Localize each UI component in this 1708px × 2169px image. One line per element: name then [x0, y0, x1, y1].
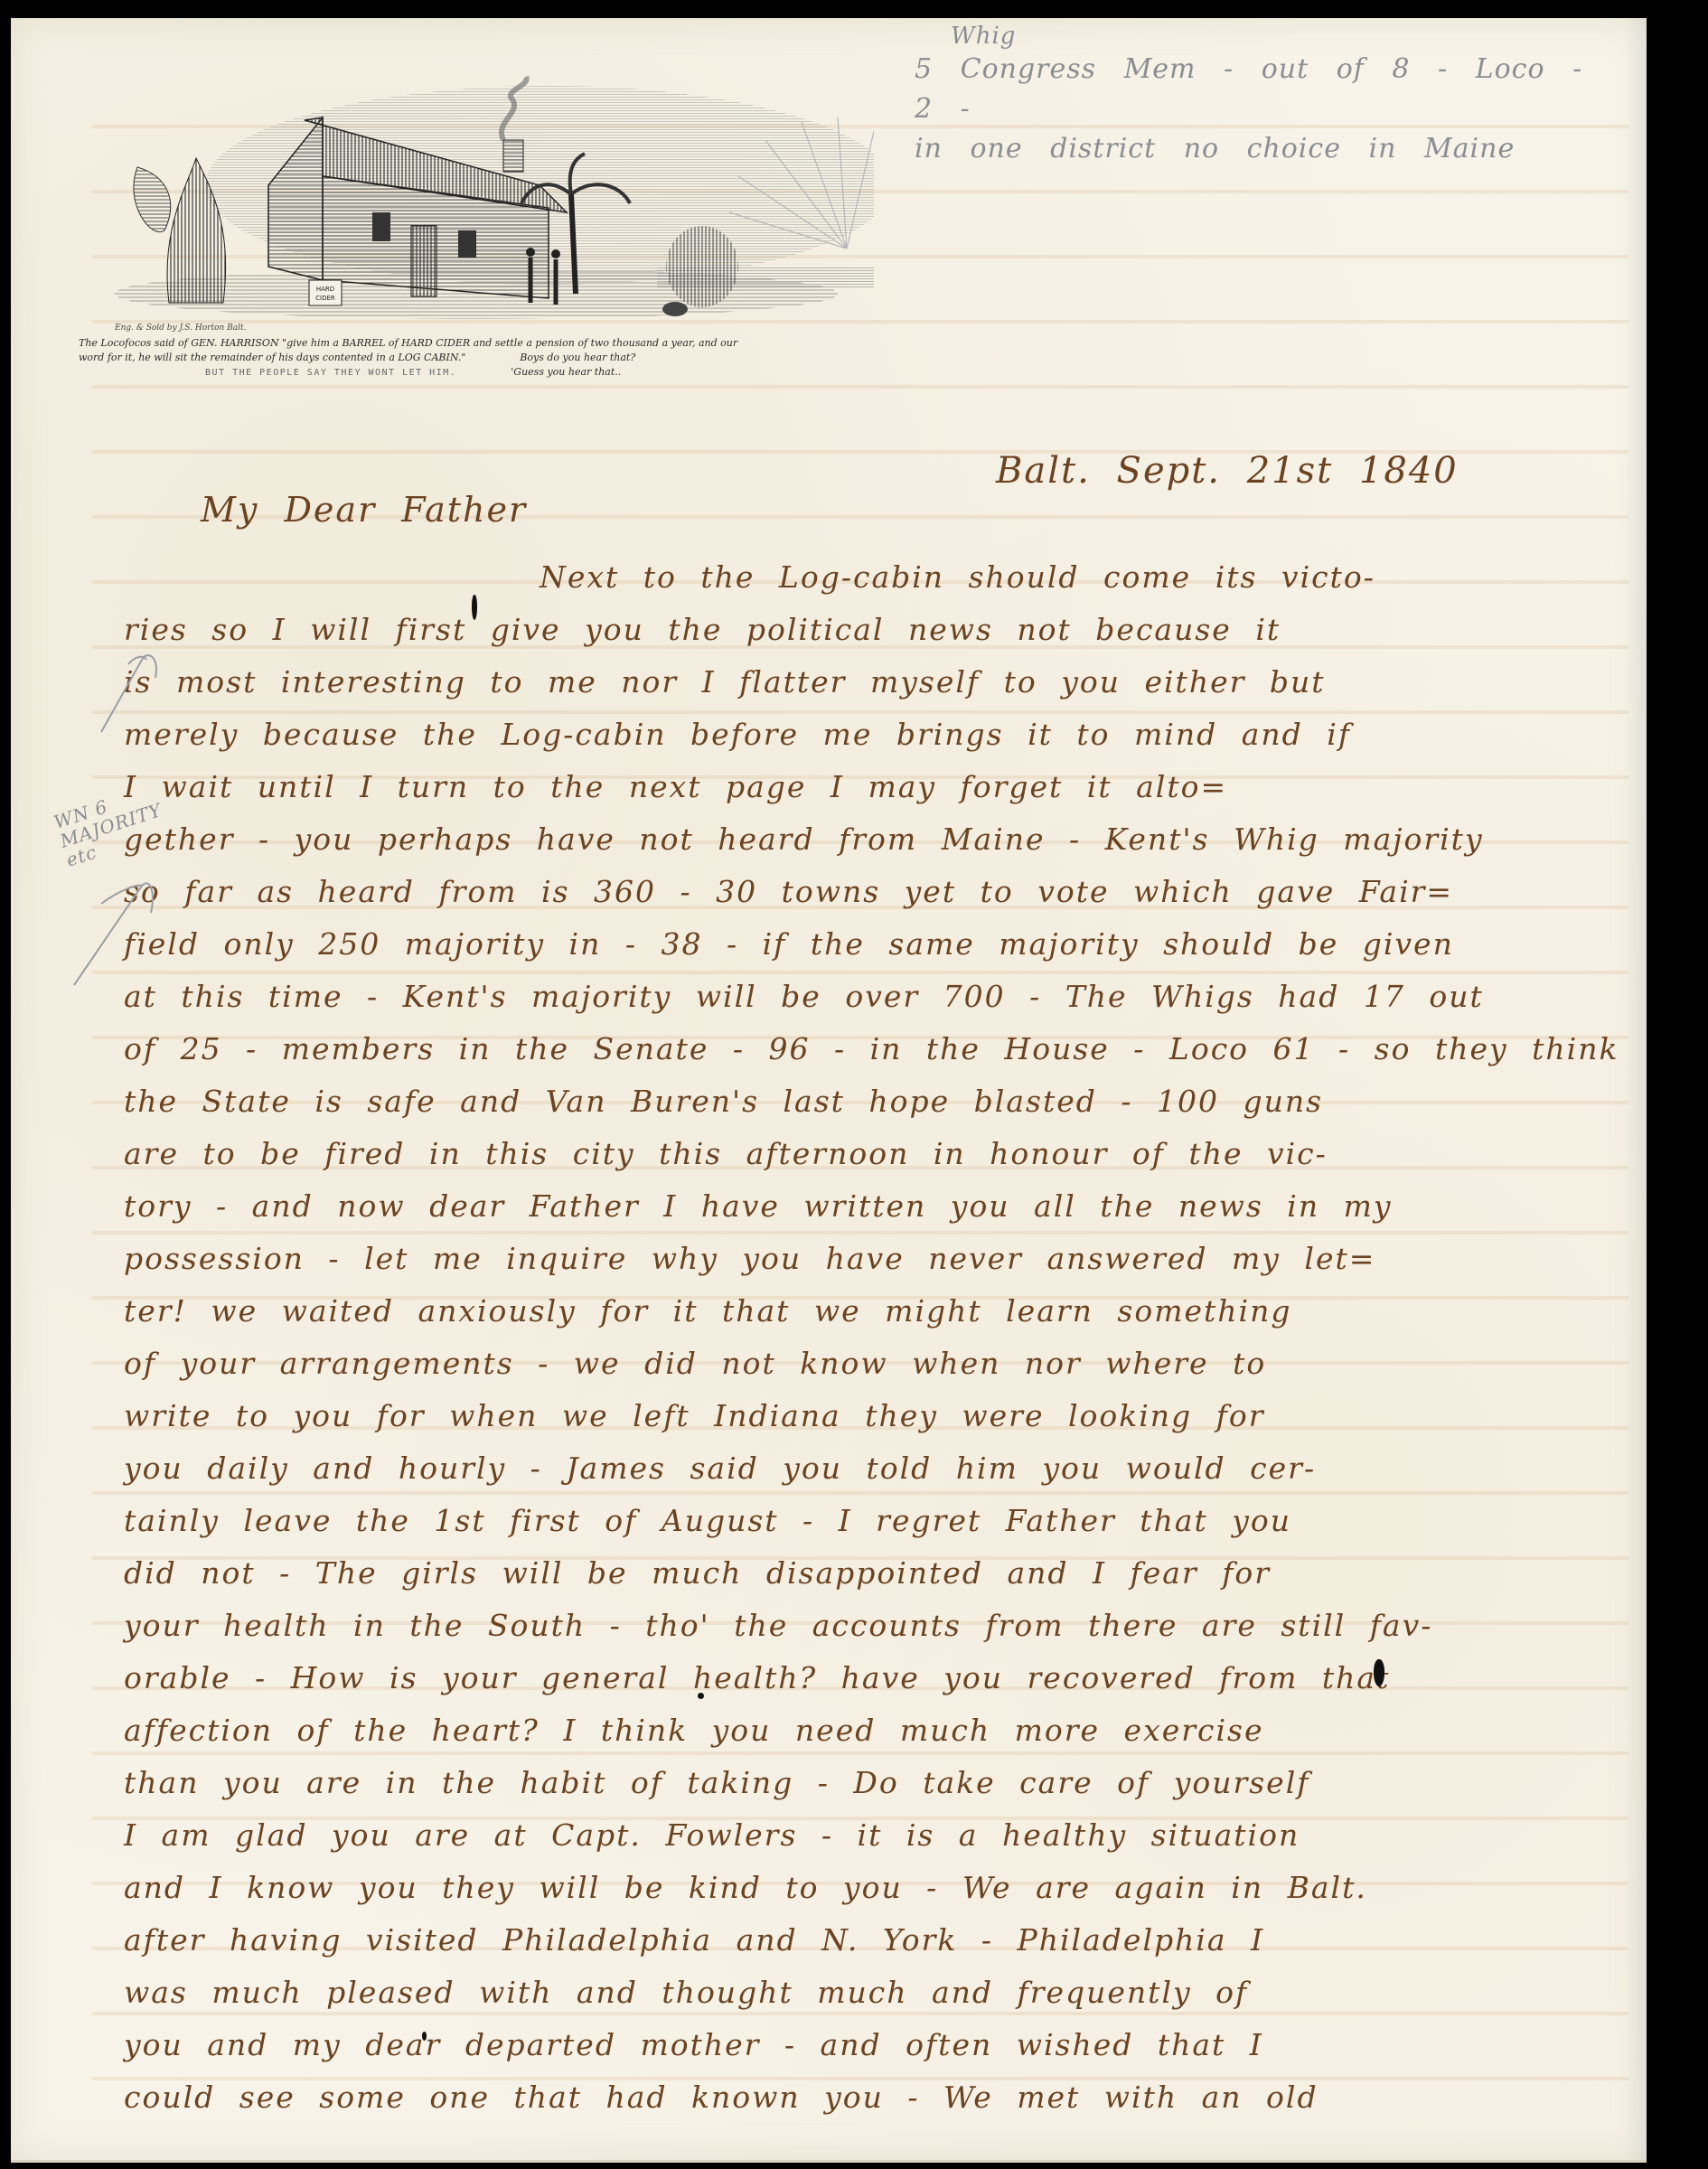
letter-line: was much pleased with and thought much a…: [124, 1967, 1660, 2019]
letter-line: at this time - Kent's majority will be o…: [124, 971, 1660, 1023]
letter-line: is most interesting to me nor I flatter …: [124, 656, 1660, 709]
ink-dot: [698, 1693, 704, 1699]
letter-line: I am glad you are at Capt. Fowlers - it …: [124, 1809, 1660, 1862]
letter-line: gether - you perhaps have not heard from…: [124, 813, 1660, 866]
letter-line: I wait until I turn to the next page I m…: [124, 761, 1660, 813]
pencil-line-2: in one district no choice in Maine: [915, 129, 1619, 169]
pencil-annotation-top: Whig 5 Congress Mem - out of 8 - Loco - …: [915, 23, 1619, 169]
letter-line: merely because the Log-cabin before me b…: [124, 709, 1660, 761]
letter-line: did not - The girls will be much disappo…: [124, 1547, 1660, 1600]
log-cabin-icon: HARD CIDER: [79, 50, 874, 321]
pencil-arrow-icon: [92, 642, 164, 741]
letter-line: are to be fired in this city this aftern…: [124, 1128, 1660, 1180]
letter-line: possession - let me inquire why you have…: [124, 1233, 1660, 1285]
letter-line: the State is safe and Van Buren's last h…: [124, 1075, 1660, 1128]
letter-line: you daily and hourly - James said you to…: [124, 1442, 1660, 1495]
letter-line: ter! we waited anxiously for it that we …: [124, 1285, 1660, 1338]
log-cabin-engraving: HARD CIDER: [79, 50, 874, 321]
letter-line: so far as heard from is 360 - 30 towns y…: [124, 866, 1660, 918]
pencil-superscript: Whig: [951, 23, 1619, 50]
letter-body: Next to the Log-cabin should come its vi…: [124, 551, 1660, 2124]
letter-line: of 25 - members in the Senate - 96 - in …: [124, 1023, 1660, 1075]
letter-line: your health in the South - tho' the acco…: [124, 1600, 1660, 1652]
letter-salutation: My Dear Father: [201, 490, 527, 530]
ink-mark: [472, 595, 477, 620]
caption-line-3: BUT THE PEOPLE SAY THEY WONT LET HIM.'Gu…: [79, 365, 892, 380]
letter-line: you and my dear departed mother - and of…: [124, 2019, 1660, 2071]
ink-dot: [422, 2032, 427, 2041]
engraving-caption: The Locofocos said of GEN. HARRISON "giv…: [79, 336, 892, 380]
letter-paper: HARD CIDER Eng. & Sold by J.S. Horton Ba…: [11, 18, 1647, 2163]
letter-line: Next to the Log-cabin should come its vi…: [124, 551, 1660, 604]
caption-line-2: word for it, he will sit the remainder o…: [79, 351, 892, 365]
letter-line: of your arrangements - we did not know w…: [124, 1338, 1660, 1390]
letter-line: field only 250 majority in - 38 - if the…: [124, 918, 1660, 971]
letter-line: tory - and now dear Father I have writte…: [124, 1180, 1660, 1233]
svg-text:CIDER: CIDER: [315, 295, 335, 302]
pencil-line-1: 5 Congress Mem - out of 8 - Loco - 2 -: [915, 50, 1619, 129]
letter-line: than you are in the habit of taking - Do…: [124, 1757, 1660, 1809]
letter-line: affection of the heart? I think you need…: [124, 1704, 1660, 1757]
letter-line: ries so I will first give you the politi…: [124, 604, 1660, 656]
letter-line: after having visited Philadelphia and N.…: [124, 1914, 1660, 1967]
letter-line: could see some one that had known you - …: [124, 2071, 1660, 2124]
caption-line-1: The Locofocos said of GEN. HARRISON "giv…: [79, 336, 892, 351]
letter-line: tainly leave the 1st first of August - I…: [124, 1495, 1660, 1547]
letter-line: and I know you they will be kind to you …: [124, 1862, 1660, 1914]
ink-blot: [1374, 1659, 1384, 1686]
letter-line: write to you for when we left Indiana th…: [124, 1390, 1660, 1442]
barrel-label: HARD: [316, 286, 334, 293]
engraver-credit: Eng. & Sold by J.S. Horton Balt.: [115, 324, 246, 333]
letter-dateline: Balt. Sept. 21st 1840: [996, 450, 1459, 492]
pencil-arrow-icon: [65, 868, 164, 994]
letter-line: orable - How is your general health? hav…: [124, 1652, 1660, 1704]
